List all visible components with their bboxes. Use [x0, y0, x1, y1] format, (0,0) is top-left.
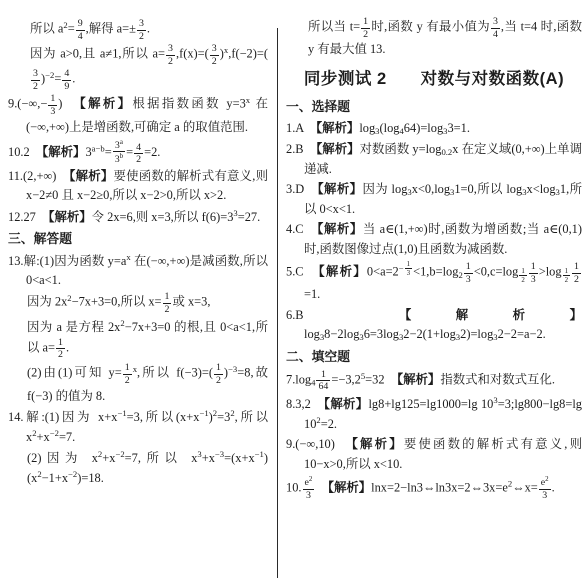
superscript: a−b — [92, 143, 105, 153]
numerator: 9 — [76, 18, 85, 31]
denominator: 3 — [464, 274, 473, 286]
superscript: b — [120, 152, 123, 160]
item-4: 4.C 【解析】当 a∈(1,+∞)时,函数为增函数;当 a∈(0,1)时,函数… — [286, 220, 582, 259]
superscript: 2 — [98, 449, 102, 459]
subscript: 3 — [407, 187, 411, 197]
analysis-label: 【解析】 — [42, 145, 85, 159]
denominator: 2 — [166, 56, 175, 68]
superscript: −2 — [68, 469, 77, 479]
superscript: 3 — [233, 208, 237, 218]
subscript: 3 — [399, 332, 403, 342]
subscript: 3 — [443, 127, 447, 137]
denominator: 2 — [519, 276, 526, 284]
prev-solution-line-3: 所以当 t=12时,函数 y 有最小值为34,当 t=4 时,函数 y 有最大值… — [308, 16, 582, 60]
denominator: 2 — [572, 274, 581, 286]
superscript: 2 — [508, 479, 512, 489]
fraction: 12 — [214, 362, 223, 386]
superscript: −3 — [228, 364, 237, 374]
item-7: 7.log4164=−3,25=32 【解析】指数式和对数式互化. — [286, 369, 582, 393]
numerator: 3 — [31, 68, 40, 81]
subscript: 12 — [562, 270, 571, 280]
item-11: 11.(2,+∞) 【解析】要使函数的解析式有意义,则 x−2≠0 且 x−2≥… — [8, 167, 268, 206]
fraction: 34 — [491, 16, 500, 40]
numerator: e2 — [303, 475, 315, 490]
superscript: 3 — [493, 395, 497, 405]
item-13-part2: (2)由(1)可知 y=12x,所以 f(−3)=(12)−3=8,故 f(−3… — [27, 362, 268, 406]
superscript: −2 — [115, 449, 124, 459]
fraction: 94 — [76, 18, 85, 42]
analysis-label: 【解析】 — [397, 372, 440, 386]
item-14-part2: (2)因为 x2+x−2=7,所以 x3+x−3=(x+x−1)(x2−1+x−… — [27, 448, 268, 488]
fraction: 12 — [519, 267, 526, 284]
fraction: 12 — [123, 362, 132, 386]
denominator: 3 — [405, 269, 412, 277]
numerator: 1 — [163, 291, 172, 304]
superscript: a — [120, 138, 123, 146]
subscript: 3 — [450, 187, 454, 197]
item-14-part1: 14.解:(1)因为 x+x−1=3,所以(x+x−1)2=32,所以 x2+x… — [8, 407, 268, 447]
fraction: e23 — [303, 475, 315, 501]
item-10r: 10.e23 【解析】lnx=2−ln3⇔ln3x=2⇔3x=e2⇔x=e23. — [286, 475, 582, 501]
superscript: −3 — [215, 449, 224, 459]
numerator: 3 — [137, 18, 146, 31]
superscript: 2 — [545, 475, 548, 483]
subscript: 2 — [458, 270, 462, 280]
item-12: 12.27 【解析】令 2x=6,则 x=3,所以 f(6)=33=27. — [8, 207, 268, 227]
numerator: 3a — [113, 138, 125, 153]
subscript: 3 — [493, 332, 497, 342]
analysis-label: 【解析】 — [317, 182, 362, 196]
analysis-label: 【解析】 — [317, 222, 363, 236]
item-13-line2: 因为 2x2−7x+3=0,所以 x=12或 x=3, — [27, 291, 268, 315]
fraction: 12 — [56, 337, 65, 361]
fraction: 12 — [563, 267, 570, 284]
subscript: 0.2 — [441, 147, 452, 157]
subscript: 3 — [456, 332, 460, 342]
test-title: 同步测试 2 对数与对数函数(A) — [286, 67, 582, 93]
item-8: 8.3,2 【解析】lg8+lg125=lg1000=lg 103=3;lg80… — [286, 394, 582, 434]
denominator: 4 — [491, 29, 500, 41]
analysis-label: 【解析】 — [328, 480, 371, 494]
analysis-label: 【解析】 — [316, 142, 360, 156]
fraction: e23 — [539, 475, 551, 501]
numerator: 3 — [166, 43, 175, 56]
numerator: 1 — [316, 369, 330, 382]
superscript: −1 — [199, 408, 208, 418]
numerator: 1 — [563, 267, 570, 276]
item-1: 1.A 【解析】log3(log464)=log33=1. — [286, 119, 582, 139]
numerator: 1 — [405, 260, 412, 269]
fraction: 49 — [62, 68, 71, 92]
subscript: 3 — [522, 187, 526, 197]
numerator: 1 — [529, 261, 538, 274]
numerator: e2 — [539, 475, 551, 490]
fraction: 12 — [572, 261, 581, 285]
superscript: 2 — [316, 415, 320, 425]
prev-solution-line-1: 所以 a2=94,解得 a=±32. — [30, 18, 268, 42]
superscript: 2 — [213, 408, 217, 418]
item-6: 6.B 【解析】log38−2log36=3log32−2(1+log32)=l… — [286, 306, 582, 345]
subscript: 3 — [359, 332, 363, 342]
analysis-label: 【解析】 — [405, 308, 582, 322]
superscript: −2 — [45, 70, 54, 80]
denominator: 9 — [62, 81, 71, 93]
numerator: 1 — [464, 261, 473, 274]
subscript: 3 — [556, 187, 560, 197]
item-13-line3: 因为 a 是方程 2x2−7x+3=0 的根,且 0<a<1,所以 a=12. — [27, 317, 268, 362]
denominator: 3 — [529, 274, 538, 286]
numerator: 1 — [572, 261, 581, 274]
answer-page: 所以 a2=94,解得 a=±32.因为 a>0,且 a≠1,所以 a=32,f… — [0, 0, 588, 584]
denominator: 4 — [76, 31, 85, 43]
superscript: −13 — [399, 263, 413, 273]
subscript: 4 — [399, 127, 403, 137]
superscript: 5 — [361, 371, 365, 381]
denominator: 2 — [56, 349, 65, 361]
fraction: 13 — [48, 93, 57, 117]
subscript: 12 — [518, 270, 527, 280]
section-jiedati: 三、解答题 — [8, 229, 268, 249]
denominator: 64 — [316, 381, 330, 393]
numerator: 1 — [519, 267, 526, 276]
denominator: 3 — [539, 490, 551, 502]
superscript: 2 — [32, 428, 36, 438]
numerator: 1 — [56, 337, 65, 350]
analysis-label: 【解析】 — [324, 397, 369, 411]
fraction: 13 — [529, 261, 538, 285]
superscript: 2 — [309, 475, 312, 483]
section-tiankongti: 二、填空题 — [286, 347, 582, 367]
item-5: 5.C 【解析】0<a=2−13<1,b=log213<0,c=log1213>… — [286, 260, 582, 305]
item-2: 2.B 【解析】对数函数 y=log0.2x 在定义域(0,+∞)上单调递减. — [286, 140, 582, 179]
fraction: 164 — [316, 369, 330, 393]
item-9: 9.(−∞,−13) 【解析】根据指数函数 y=3x 在(−∞,+∞)上是增函数… — [8, 93, 268, 137]
superscript: x — [246, 95, 250, 105]
fraction: 32 — [31, 68, 40, 92]
superscript: −1 — [255, 449, 264, 459]
denominator: 3 — [303, 490, 315, 502]
denominator: 2 — [214, 375, 223, 387]
column-divider — [277, 28, 278, 578]
denominator: 2 — [134, 154, 143, 166]
numerator: 1 — [361, 16, 370, 29]
analysis-label: 【解析】 — [69, 169, 113, 183]
superscript: 2 — [37, 469, 41, 479]
right-column: 所以当 t=12时,函数 y 有最小值为34,当 t=4 时,函数 y 有最大值… — [277, 16, 588, 578]
item-10: 10.2 【解析】3a−b=3a3b=42=2. — [8, 138, 268, 166]
analysis-label: 【解析】 — [80, 97, 133, 111]
numerator: 3 — [210, 43, 219, 56]
analysis-label: 【解析】 — [316, 121, 359, 135]
denominator: 2 — [361, 29, 370, 41]
numerator: 3 — [491, 16, 500, 29]
fraction: 32 — [166, 43, 175, 67]
numerator: 4 — [134, 142, 143, 155]
denominator: 2 — [163, 304, 172, 316]
denominator: 2 — [210, 56, 219, 68]
denominator: 3b — [113, 152, 125, 166]
superscript: 2 — [63, 20, 67, 30]
numerator: 4 — [62, 68, 71, 81]
superscript: 3 — [197, 449, 201, 459]
analysis-label: 【解析】 — [352, 437, 404, 451]
superscript: −2 — [50, 428, 59, 438]
superscript: 2 — [67, 293, 71, 303]
denominator: 3 — [48, 106, 57, 118]
item-9r: 9.(−∞,10) 【解析】要使函数的解析式有意义,则 10−x>0,所以 x<… — [286, 435, 582, 474]
denominator: 2 — [563, 276, 570, 284]
prev-solution-line-2: 因为 a>0,且 a≠1,所以 a=32,f(x)=(32)x,f(−2)=(3… — [30, 43, 268, 92]
subscript: 4 — [311, 377, 315, 387]
subscript: 3 — [320, 332, 324, 342]
superscript: x — [126, 252, 130, 262]
superscript: 2 — [230, 408, 234, 418]
item-3: 3.D 【解析】因为 log3x<0,log31=0,所以 log3x<log3… — [286, 180, 582, 219]
left-column: 所以 a2=94,解得 a=±32.因为 a>0,且 a≠1,所以 a=32,f… — [0, 16, 277, 578]
superscript: x — [224, 45, 228, 55]
superscript: 2 — [120, 318, 124, 328]
fraction: 3a3b — [113, 138, 125, 166]
fraction: 12 — [163, 291, 172, 315]
section-xuanzeti: 一、选择题 — [286, 97, 582, 117]
fraction: 42 — [134, 142, 143, 166]
analysis-label: 【解析】 — [318, 265, 366, 279]
numerator: 1 — [123, 362, 132, 375]
numerator: 1 — [214, 362, 223, 375]
fraction: 32 — [210, 43, 219, 67]
fraction: 13 — [464, 261, 473, 285]
subscript: 3 — [375, 127, 379, 137]
denominator: 2 — [137, 31, 146, 43]
superscript: −1 — [117, 408, 126, 418]
analysis-label: 【解析】 — [48, 209, 91, 223]
denominator: 2 — [123, 375, 132, 387]
superscript: x — [133, 364, 137, 374]
numerator: 1 — [48, 93, 57, 106]
fraction: 12 — [361, 16, 370, 40]
fraction: 32 — [137, 18, 146, 42]
fraction: 13 — [405, 260, 412, 277]
denominator: 2 — [31, 81, 40, 93]
item-13-part1: 13.解:(1)因为函数 y=ax 在(−∞,+∞)是减函数,所以 0<a<1. — [8, 251, 268, 290]
